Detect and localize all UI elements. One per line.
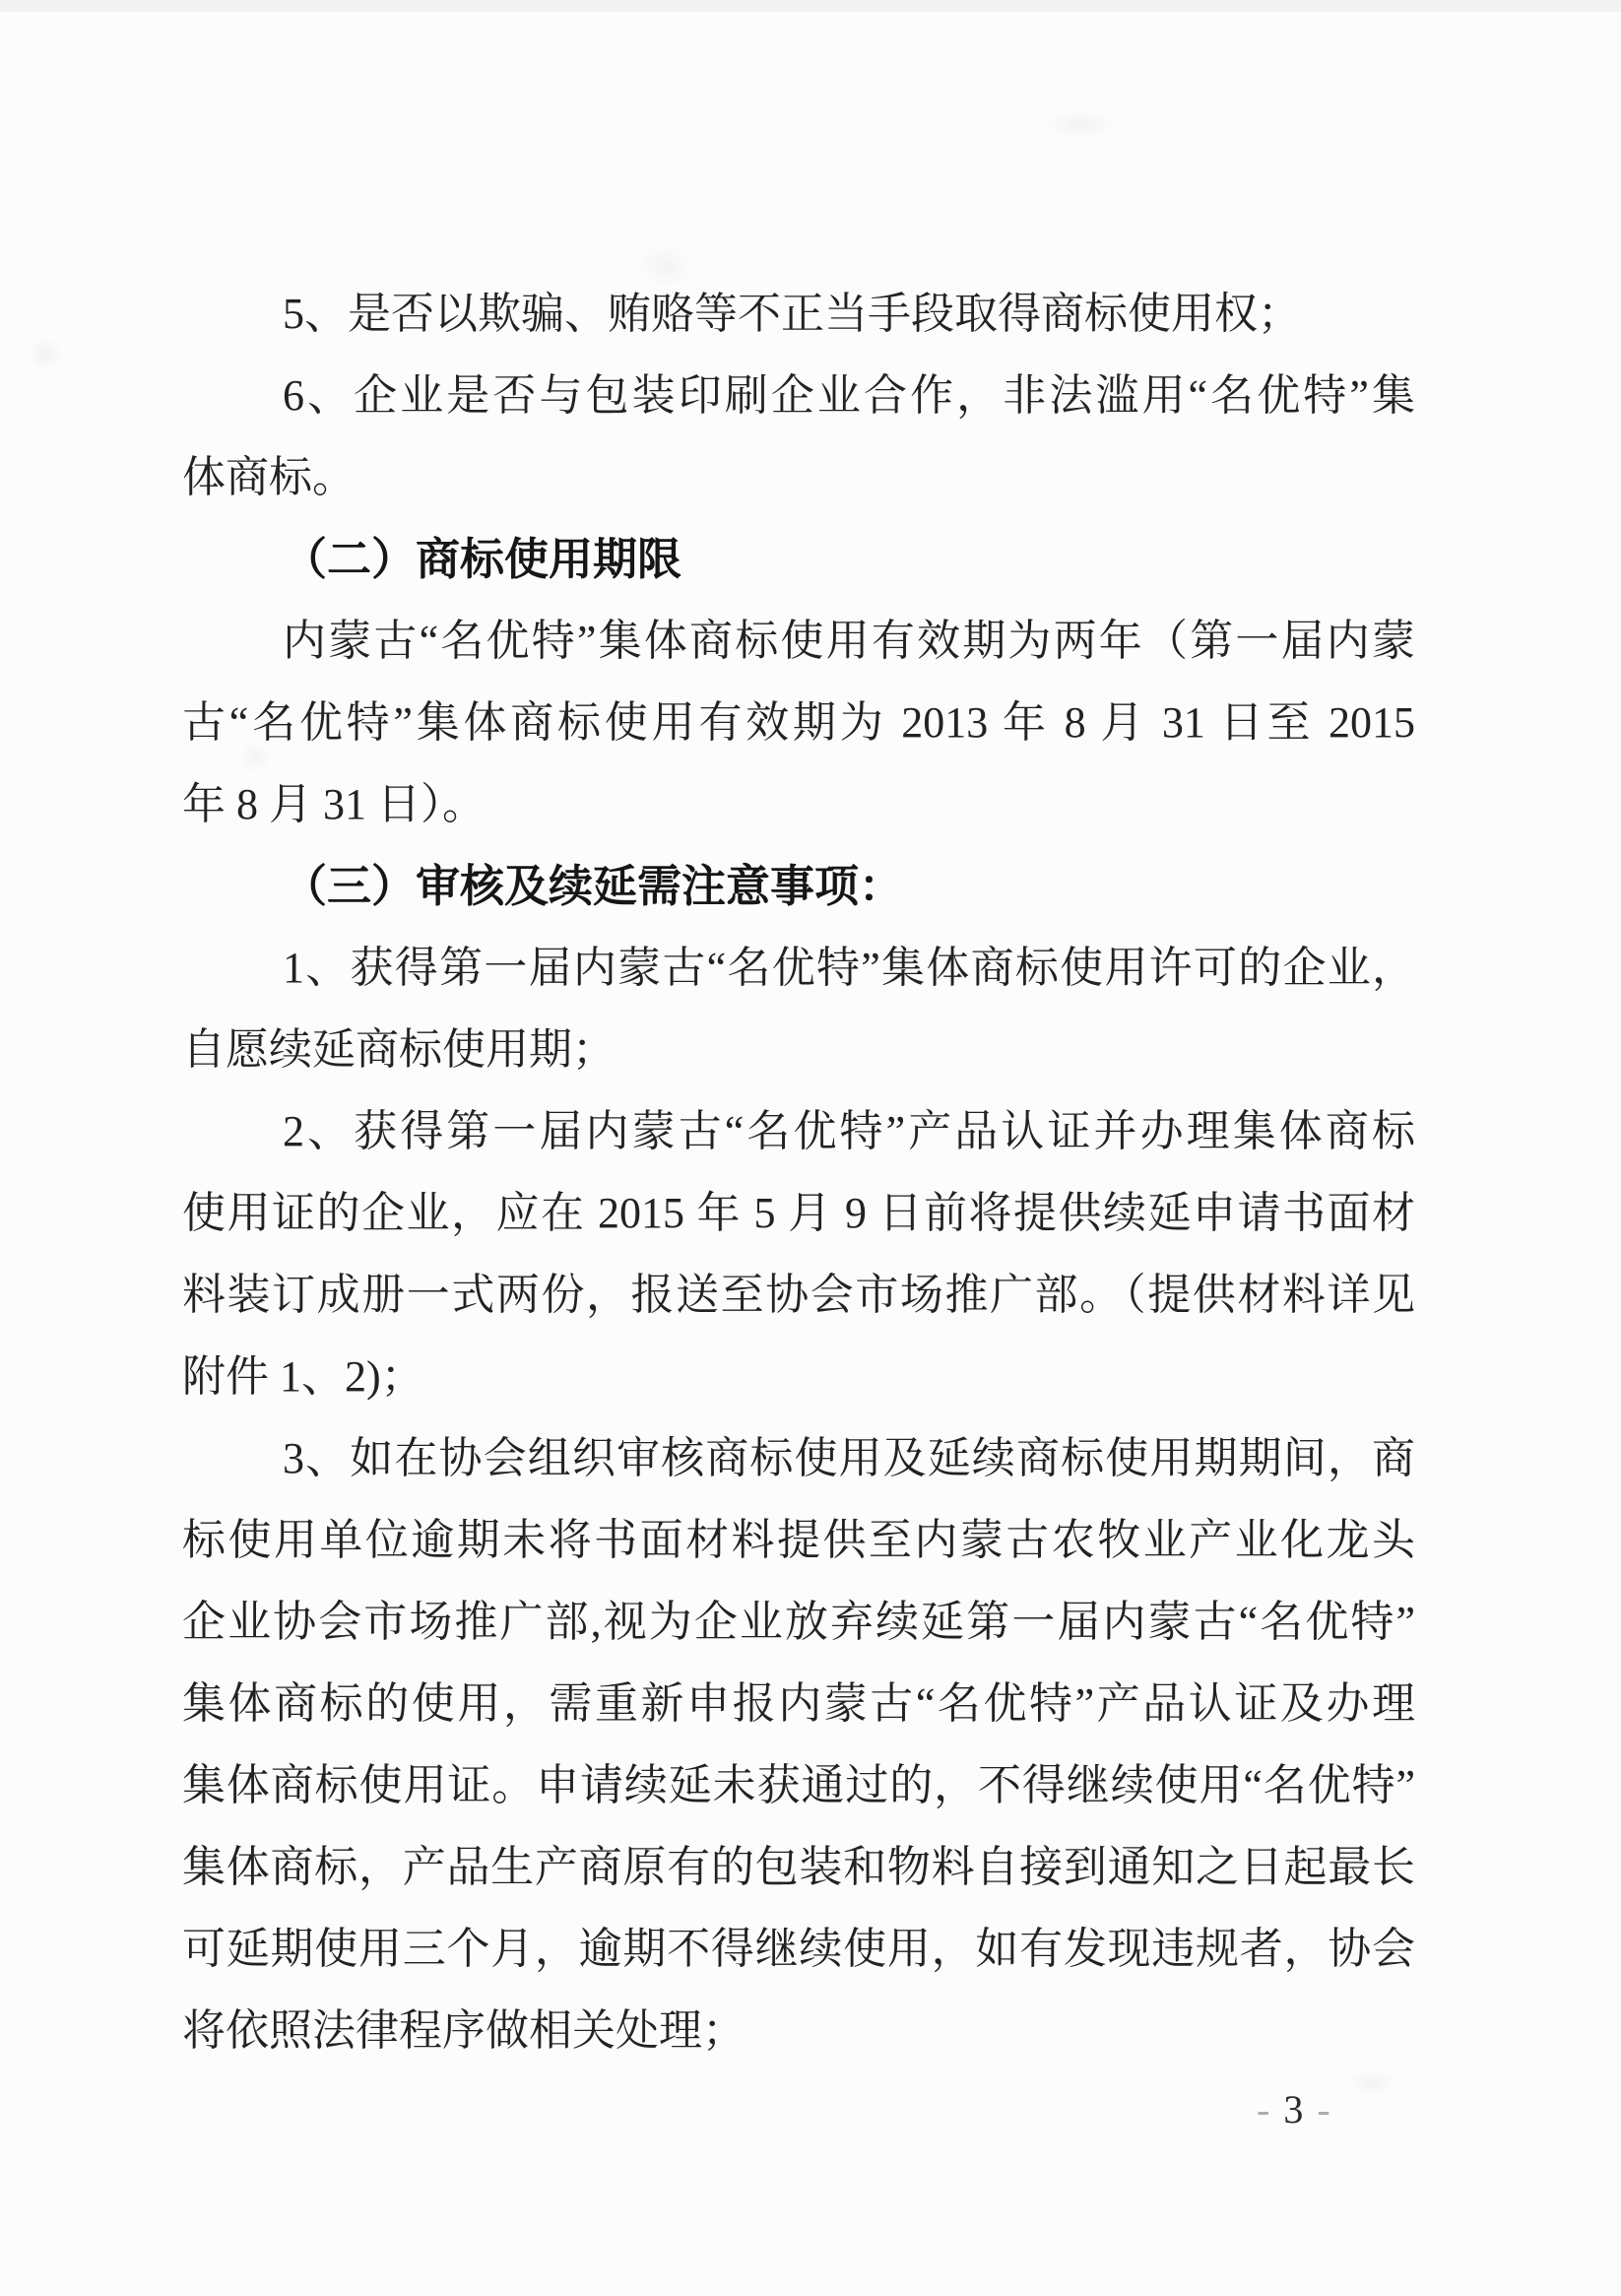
doc-line: 可延期使用三个月，逾期不得继续使用，如有发现违规者，协会 <box>182 1908 1415 1990</box>
page-number: 3 <box>1283 2087 1303 2132</box>
section-heading-3: （三）审核及续延需注意事项： <box>182 845 1415 927</box>
doc-line: 料装订成册一式两份，报送至协会市场推广部。（提供材料详见 <box>182 1254 1415 1336</box>
doc-line: 内蒙古“名优特”集体商标使用有效期为两年（第一届内蒙 <box>182 600 1415 682</box>
page-number-dash-right: - <box>1303 2087 1343 2132</box>
scanned-document-page: 5、是否以欺骗、贿赂等不正当手段取得商标使用权； 6、企业是否与包装印刷企业合作… <box>0 0 1621 2296</box>
doc-line: 企业协会市场推广部,视为企业放弃续延第一届内蒙古“名优特” <box>182 1581 1415 1663</box>
doc-line: 使用证的企业，应在 2015 年 5 月 9 日前将提供续延申请书面材 <box>182 1172 1415 1254</box>
doc-line: 古“名优特”集体商标使用有效期为 2013 年 8 月 31 日至 2015 <box>182 682 1415 763</box>
doc-line: 体商标。 <box>182 436 1415 518</box>
page-number-footer: -3- <box>1243 2080 1344 2139</box>
page-number-dash-left: - <box>1243 2087 1283 2132</box>
doc-line-item-1: 1、获得第一届内蒙古“名优特”集体商标使用许可的企业， <box>182 927 1415 1009</box>
doc-line: 集体商标使用证。申请续延未获通过的，不得继续使用“名优特” <box>182 1744 1415 1826</box>
scan-artifact <box>28 337 63 372</box>
doc-line-item-3: 3、如在协会组织审核商标使用及延续商标使用期期间，商 <box>182 1417 1415 1499</box>
doc-line: 附件 1、2)； <box>182 1336 1415 1417</box>
doc-line: 集体商标的使用，需重新申报内蒙古“名优特”产品认证及办理 <box>182 1663 1415 1744</box>
doc-line: 年 8 月 31 日）。 <box>182 763 1415 845</box>
document-body: 5、是否以欺骗、贿赂等不正当手段取得商标使用权； 6、企业是否与包装印刷企业合作… <box>182 273 1415 2071</box>
doc-line: 自愿续延商标使用期； <box>182 1009 1415 1090</box>
doc-line: 标使用单位逾期未将书面材料提供至内蒙古农牧业产业化龙头 <box>182 1499 1415 1581</box>
scan-artifact <box>1347 2070 1396 2096</box>
scan-artifact <box>1046 110 1115 140</box>
doc-line-item-5: 5、是否以欺骗、贿赂等不正当手段取得商标使用权； <box>182 273 1415 355</box>
doc-line-item-6: 6、企业是否与包装印刷企业合作，非法滥用“名优特”集 <box>182 355 1415 436</box>
scan-artifact-band <box>0 0 1621 12</box>
section-heading-2: （二）商标使用期限 <box>182 518 1415 600</box>
doc-line: 集体商标，产品生产商原有的包装和物料自接到通知之日起最长 <box>182 1826 1415 1908</box>
doc-line: 将依照法律程序做相关处理； <box>182 1990 1415 2071</box>
doc-line-item-2: 2、获得第一届内蒙古“名优特”产品认证并办理集体商标 <box>182 1090 1415 1172</box>
